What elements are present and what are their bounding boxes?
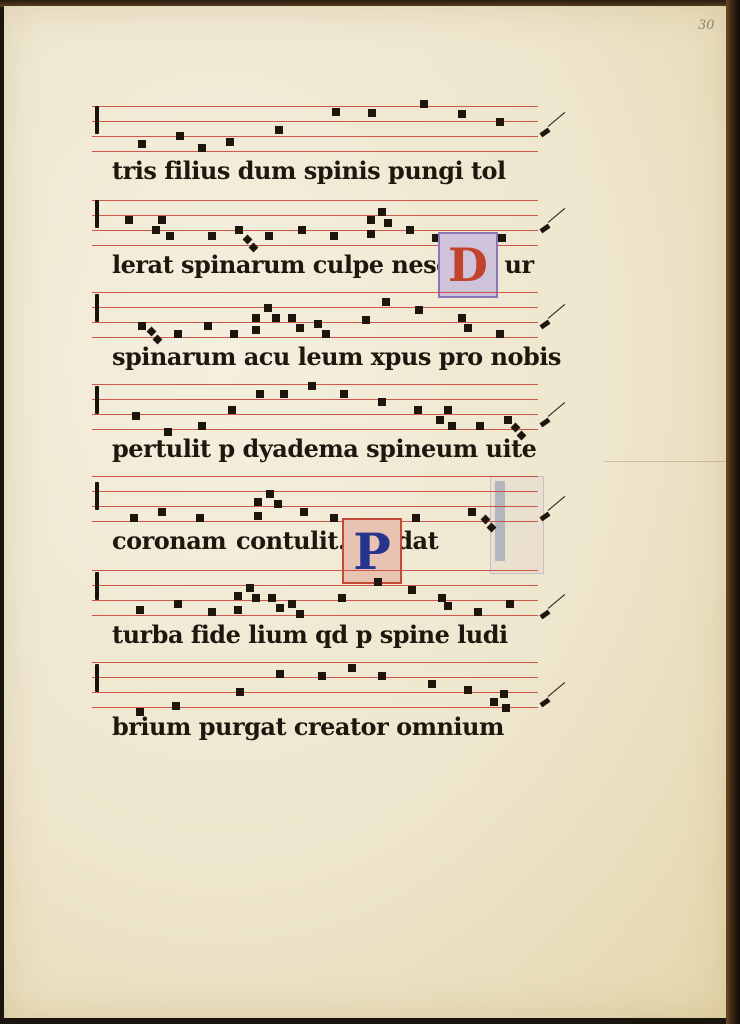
c-clef-icon xyxy=(95,106,99,134)
staff xyxy=(92,102,538,150)
custos-icon xyxy=(539,698,550,708)
folio-number: 30 xyxy=(698,18,715,33)
staff xyxy=(92,288,538,336)
page-fold xyxy=(604,461,730,462)
lyrics-line: brium purgat creator omnium xyxy=(112,712,504,741)
manuscript-page: 30 tris filius dum spinis pungi tol xyxy=(4,6,728,1018)
staff xyxy=(92,566,538,614)
custos-icon xyxy=(539,224,550,234)
staff xyxy=(92,380,538,428)
staff xyxy=(92,658,538,706)
c-clef-icon xyxy=(95,482,99,510)
custos-icon xyxy=(539,128,550,138)
custos-icon xyxy=(539,610,550,620)
c-clef-icon xyxy=(95,572,99,600)
lyrics-line: spinarum acu leum xpus pro nobis xyxy=(112,342,561,371)
staff xyxy=(92,472,538,520)
c-clef-icon xyxy=(95,294,99,322)
book-edge-right xyxy=(726,0,740,1024)
c-clef-icon xyxy=(95,664,99,692)
custos-icon xyxy=(539,320,550,330)
lyrics-line: tris filius dum spinis pungi tol xyxy=(112,156,506,185)
c-clef-icon xyxy=(95,200,99,228)
custos-icon xyxy=(539,418,550,428)
lyrics-line: pertulit p dyadema spineum uite xyxy=(112,434,536,463)
lyrics-line: turba fide lium qd p spine ludi xyxy=(112,620,508,649)
c-clef-icon xyxy=(95,386,99,414)
